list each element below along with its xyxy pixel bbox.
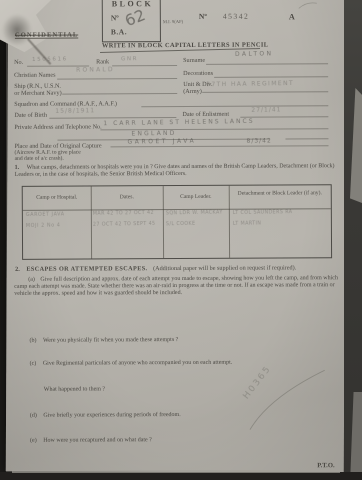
form-content: CONFIDENTIAL BLOCK Nº B.A. 62 M.I. 9(AF)… (0, 0, 362, 480)
pencil-curve-marks (0, 0, 362, 480)
scanned-document-photo: CONFIDENTIAL BLOCK Nº B.A. 62 M.I. 9(AF)… (0, 0, 362, 480)
